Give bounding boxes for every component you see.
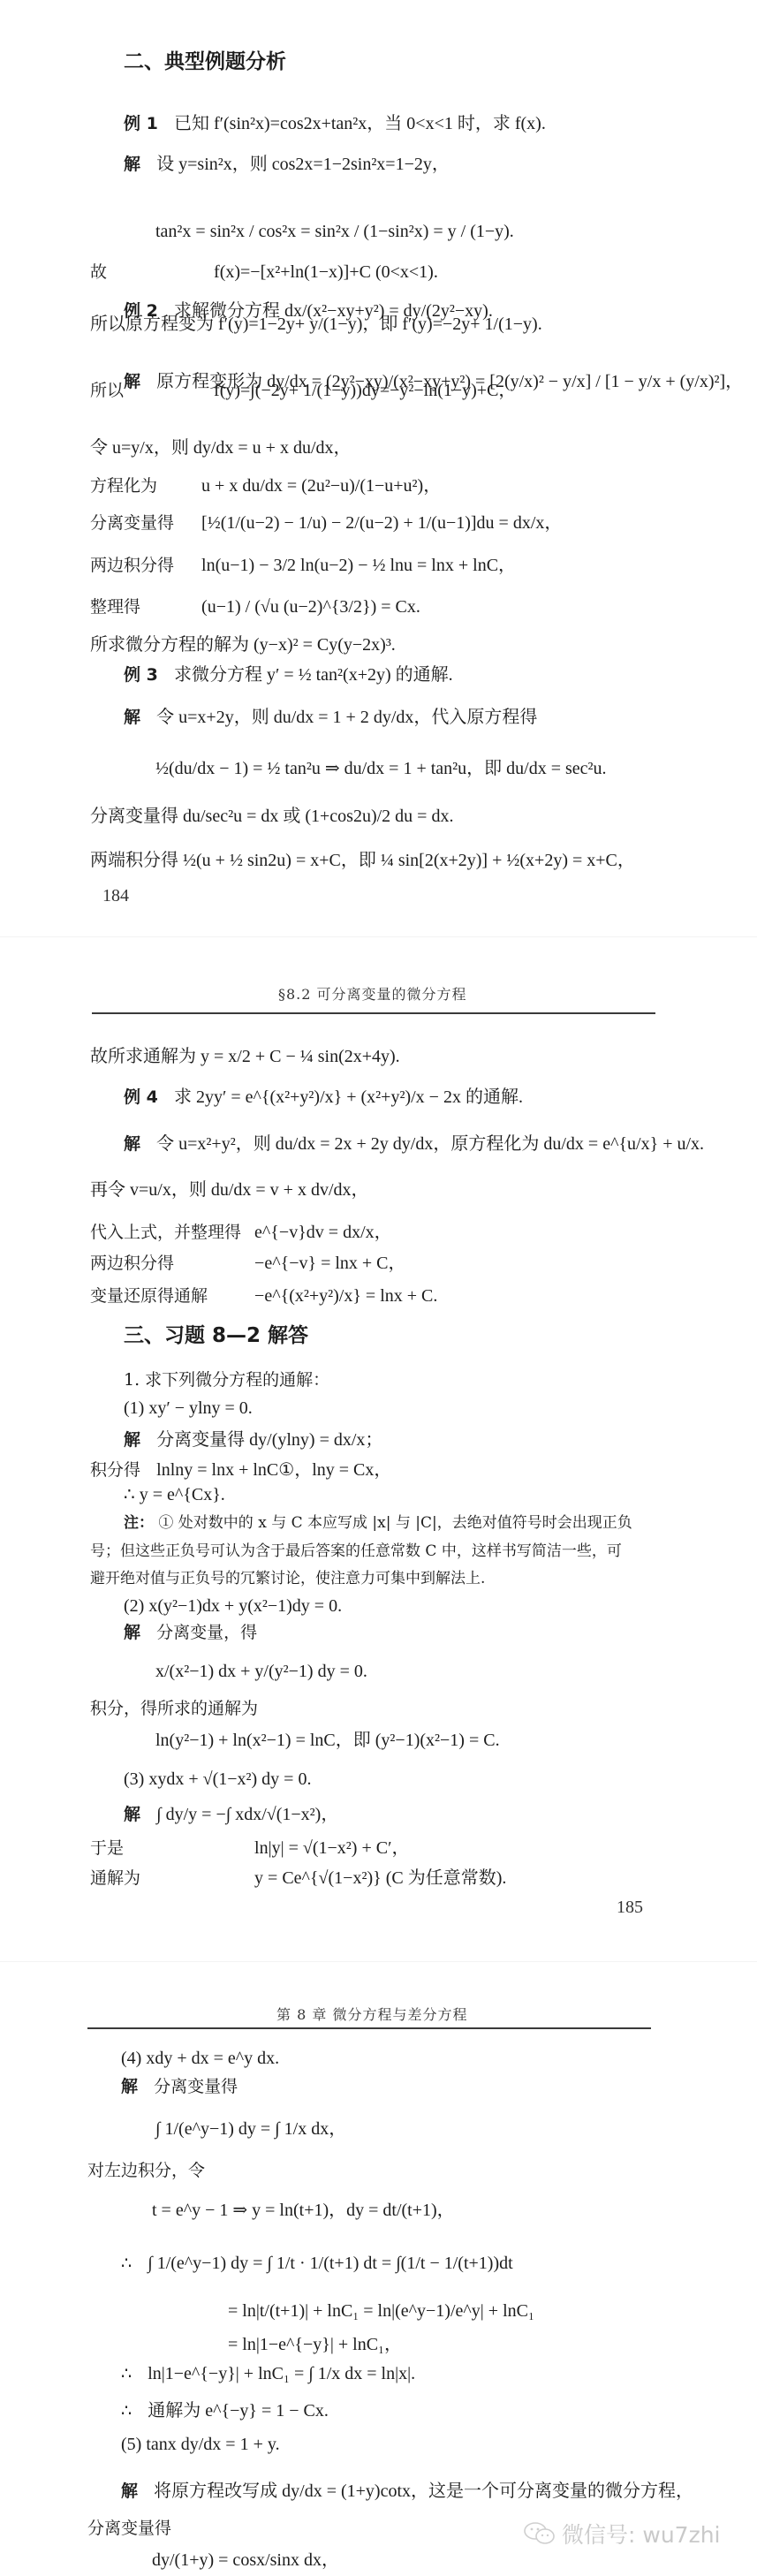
substitution-line: 令 u=y/x，则 dy/dx = u + x du/dx， xyxy=(90,437,352,458)
step-label: 方程化为 xyxy=(90,475,196,496)
solution-label: 解 xyxy=(124,1623,140,1642)
math-text: f(x)=−[x²+ln(1−x)]+C (0<x<1). xyxy=(214,262,438,282)
equation-line: 分离变量得 du/sec²u = dx 或 (1+cos2u)/2 du = d… xyxy=(90,806,453,827)
math-text: 求 2yy′ = e^{(x²+y²)/x} + (x²+y²)/x − 2x … xyxy=(174,1087,523,1107)
note-line: 避开绝对值与正负号的冗繁讨论，使注意力可集中到解法上. xyxy=(90,1568,485,1589)
exercise-1-2: (2) x(y²−1)dx + y(x²−1)dy = 0. xyxy=(124,1595,342,1617)
math-text: u + x du/dx = (2u²−u)/(1−u+u²)， xyxy=(201,476,441,496)
equation-line: 于是 ln|y| = √(1−x²) + C′， xyxy=(90,1837,409,1859)
math-text: y = Ce^{√(1−x²)} (C 为任意常数). xyxy=(254,1868,506,1888)
equation-line: t = e^y − 1 ⇒ y = ln(t+1)，dy = dt/(t+1)， xyxy=(152,2200,455,2221)
gu-line: 故 f(x)=−[x²+ln(1−x)]+C (0<x<1). xyxy=(90,261,438,283)
equation-line: 积分得 lnlny = lnx + lnC①，lny = Cx， xyxy=(90,1459,391,1481)
exercise-intro: 1. 求下列微分方程的通解： xyxy=(124,1369,329,1390)
page-number-185: 185 xyxy=(617,1898,643,1918)
equation-line: ln(y²−1) + ln(x²−1) = lnC，即 (y²−1)(x²−1)… xyxy=(155,1730,500,1751)
solution-label: 解 xyxy=(124,708,140,727)
header-rule xyxy=(92,1012,655,1014)
solution-label: 解 xyxy=(121,2077,138,2096)
equation-line: 两边积分得 −e^{−v} = lnx + C， xyxy=(90,1253,406,1274)
example-label: 例 4 xyxy=(124,1087,158,1107)
math-text: e^{−v}dv = dx/x， xyxy=(254,1223,392,1242)
equation-line: x/(x²−1) dx + y/(y²−1) dy = 0. xyxy=(155,1661,367,1682)
exercise-1-4: (4) xdy + dx = e^y dx. xyxy=(121,2048,279,2069)
solution-label: 解 xyxy=(124,1134,140,1154)
example-3-solution: 解 令 u=x+2y，则 du/dx = 1 + 2 dy/dx，代入原方程得 xyxy=(124,707,537,728)
math-text: (u−1) / (√u (u−2)^{3/2}) = Cx. xyxy=(201,597,420,617)
solution-label: 解 xyxy=(124,155,140,174)
step-label: 积分得 xyxy=(90,1460,140,1480)
text-line: 积分，得所求的通解为 xyxy=(90,1698,258,1719)
note-text: ① 处对数中的 x 与 C 本应写成 |x| 与 |C|，去绝对值符号时会出现正… xyxy=(158,1514,632,1532)
equation-line: 整理得 (u−1) / (√u (u−2)^{3/2}) = Cx. xyxy=(90,596,420,617)
equation-line: 方程化为 u + x du/dx = (2u²−u)/(1−u+u²)， xyxy=(90,475,441,496)
equation-line: ∴ ln|1−e^{−y}| + lnC₁ = ∫ 1/x dx = ln|x|… xyxy=(121,2363,415,2384)
section-title-exercises: 三、习题 8—2 解答 xyxy=(124,1325,308,1346)
exercise-1-5: (5) tanx dy/dx = 1 + y. xyxy=(121,2434,280,2455)
watermark: 微信号: wu7zhi xyxy=(523,2518,720,2549)
page-number-184: 184 xyxy=(102,886,129,906)
therefore-symbol: ∴ xyxy=(121,2364,132,2383)
example-1-statement: 例 1 已知 f′(sin²x)=cos2x+tan²x，当 0<x<1 时，求… xyxy=(124,113,546,134)
math-text: 设 y=sin²x，则 cos2x=1−2sin²x=1−2y， xyxy=(156,155,450,174)
therefore-symbol: ∴ xyxy=(121,2254,132,2273)
solution-text: 分离变量，得 xyxy=(156,1623,257,1642)
math-text: 令 u=x+2y，则 du/dx = 1 + 2 dy/dx，代入原方程得 xyxy=(156,708,537,727)
equation-line: ∴ ∫ 1/(e^y−1) dy = ∫ 1/t · 1/(t+1) dt = … xyxy=(121,2253,513,2274)
exercise-1-4-solution: 解 分离变量得 xyxy=(121,2076,238,2097)
math-text: 原方程变形为 dy/dx = (2y²−xy)/(x²−xy+y²) = [2(… xyxy=(156,372,743,391)
example-3-statement: 例 3 求微分方程 y′ = ½ tan²(x+2y) 的通解. xyxy=(124,664,453,686)
step-label: 两边积分得 xyxy=(90,1253,249,1274)
math-text: −e^{(x²+y²)/x} = lnx + C. xyxy=(254,1286,437,1306)
math-text: lnlny = lnx + lnC①，lny = Cx， xyxy=(156,1460,391,1480)
running-header-185: §8.2 可分离变量的微分方程 xyxy=(278,983,467,1004)
solution-label: 解 xyxy=(124,1805,140,1824)
equation-line: ∴ 通解为 e^{−y} = 1 − Cx. xyxy=(121,2400,329,2421)
equation-line: = ln|1−e^{−y}| + lnC₁， xyxy=(228,2334,402,2355)
exercise-1-3: (3) xydx + √(1−x²) dy = 0. xyxy=(124,1769,311,1790)
equation-line: ½(du/dx − 1) = ½ tan²u ⇒ du/dx = 1 + tan… xyxy=(155,758,607,779)
example-4-solution: 解 令 u=x²+y²，则 du/dx = 2x + 2y dy/dx，原方程化… xyxy=(124,1133,704,1155)
page-gap xyxy=(0,936,757,937)
step-label: 两边积分得 xyxy=(90,555,196,576)
page-gap xyxy=(0,1961,757,1962)
math-text: 通解为 e^{−y} = 1 − Cx. xyxy=(148,2401,329,2421)
equation-line: dy/(1+y) = cosx/sinx dx， xyxy=(152,2549,339,2571)
equation-line: 代入上式，并整理得 e^{−v}dv = dx/x， xyxy=(90,1222,392,1243)
equation-line: 两端积分得 ½(u + ½ sin2u) = x+C，即 ¼ sin[2(x+2… xyxy=(90,850,635,871)
exercise-1-5-solution: 解 将原方程改写成 dy/dx = (1+y)cotx，这是一个可分离变量的微分… xyxy=(121,2481,693,2502)
math-text: [½(1/(u−2) − 1/u) − 2/(u−2) + 1/(u−1)]du… xyxy=(201,513,562,533)
math-text: ∫ 1/(e^y−1) dy = ∫ 1/t · 1/(t+1) dt = ∫(… xyxy=(148,2254,512,2273)
solution-result: 所求微分方程的解为 (y−x)² = Cy(y−2x)³. xyxy=(90,634,396,655)
example-label: 例 2 xyxy=(124,301,158,321)
step-label: 故 xyxy=(90,261,208,283)
equation-line: 变量还原得通解 −e^{(x²+y²)/x} = lnx + C. xyxy=(90,1285,437,1307)
math-text: 将原方程改写成 dy/dx = (1+y)cotx，这是一个可分离变量的微分方程… xyxy=(154,2481,693,2501)
solution-label: 解 xyxy=(124,1430,140,1450)
step-label: 整理得 xyxy=(90,596,196,617)
equation-line: = ln|t/(t+1)| + lnC₁ = ln|(e^y−1)/e^y| +… xyxy=(228,2300,534,2322)
math-text: 令 u=x²+y²，则 du/dx = 2x + 2y dy/dx，原方程化为 … xyxy=(156,1134,704,1154)
equation-line: ∴ y = e^{Cx}. xyxy=(124,1484,225,1505)
equation-line: ∫ 1/(e^y−1) dy = ∫ 1/x dx， xyxy=(155,2118,346,2140)
step-label: 变量还原得通解 xyxy=(90,1285,249,1307)
step-label: 通解为 xyxy=(90,1868,249,1889)
equation-line: 再令 v=u/x，则 du/dx = v + x dv/dx， xyxy=(90,1179,369,1201)
text-line: 分离变量得 xyxy=(87,2518,171,2539)
watermark-text: 微信号: wu7zhi xyxy=(562,2518,720,2549)
equation-line: 故所求通解为 y = x/2 + C − ¼ sin(2x+4y). xyxy=(90,1046,400,1067)
exercise-1-1: (1) xy′ − ylny = 0. xyxy=(124,1398,253,1419)
solution-label: 解 xyxy=(121,2481,138,2501)
exercise-1-1-solution: 解 分离变量得 dy/(ylny) = dx/x； xyxy=(124,1429,382,1451)
note-line: 注： ① 处对数中的 x 与 C 本应写成 |x| 与 |C|，去绝对值符号时会… xyxy=(124,1512,632,1534)
math-text: 已知 f′(sin²x)=cos2x+tan²x，当 0<x<1 时，求 f(x… xyxy=(174,114,546,133)
note-label: 注： xyxy=(124,1514,154,1532)
header-rule xyxy=(87,2027,651,2029)
math-text: 分离变量得 dy/(ylny) = dx/x； xyxy=(156,1430,382,1450)
wechat-icon xyxy=(523,2521,556,2546)
math-text: −e^{−v} = lnx + C， xyxy=(254,1254,405,1273)
math-text: ln(u−1) − 3/2 ln(u−2) − ½ lnu = lnx + ln… xyxy=(201,556,516,575)
section-title-examples: 二、典型例题分析 xyxy=(124,51,286,72)
exercise-1-2-solution: 解 分离变量，得 xyxy=(124,1622,257,1643)
exercise-1-3-solution: 解 ∫ dy/y = −∫ xdx/√(1−x²)， xyxy=(124,1804,338,1825)
example-2-solution: 解 原方程变形为 dy/dx = (2y²−xy)/(x²−xy+y²) = [… xyxy=(124,371,743,392)
solution-text: 分离变量得 xyxy=(154,2077,238,2096)
equation-tan: tan²x = sin²x / cos²x = sin²x / (1−sin²x… xyxy=(155,221,514,242)
math-text: ln|y| = √(1−x²) + C′， xyxy=(254,1838,409,1858)
therefore-symbol: ∴ xyxy=(121,2401,132,2421)
equation-line: 通解为 y = Ce^{√(1−x²)} (C 为任意常数). xyxy=(90,1868,506,1889)
step-label: 于是 xyxy=(90,1837,249,1859)
equation-line: 分离变量得 [½(1/(u−2) − 1/u) − 2/(u−2) + 1/(u… xyxy=(90,512,562,534)
step-label: 分离变量得 xyxy=(90,512,196,534)
equation-line: 两边积分得 ln(u−1) − 3/2 ln(u−2) − ½ lnu = ln… xyxy=(90,555,516,576)
example-4-statement: 例 4 求 2yy′ = e^{(x²+y²)/x} + (x²+y²)/x −… xyxy=(124,1087,523,1108)
text-line: 对左边积分，令 xyxy=(87,2160,205,2181)
example-label: 例 1 xyxy=(124,114,158,133)
example-label: 例 3 xyxy=(124,665,158,685)
running-header-186: 第 8 章 微分方程与差分方程 xyxy=(276,2004,467,2024)
example-2-final: 例 2 求解微分方程 dx/(x²−xy+y²) = dy/(2y²−xy). xyxy=(124,300,493,322)
solution-label: 解 xyxy=(124,372,140,391)
note-line: 号；但这些正负号可认为含于最后答案的任意常数 C 中，这样书写简洁一些，可 xyxy=(90,1541,622,1562)
math-text: ∫ dy/y = −∫ xdx/√(1−x²)， xyxy=(156,1805,338,1824)
solution-line: 解 设 y=sin²x，则 cos2x=1−2sin²x=1−2y， xyxy=(124,154,450,175)
math-text: 求解微分方程 dx/(x²−xy+y²) = dy/(2y²−xy). xyxy=(174,301,493,321)
math-text: 求微分方程 y′ = ½ tan²(x+2y) 的通解. xyxy=(174,665,453,685)
step-label: 代入上式，并整理得 xyxy=(90,1222,249,1243)
math-text: ln|1−e^{−y}| + lnC₁ = ∫ 1/x dx = ln|x|. xyxy=(148,2364,415,2383)
